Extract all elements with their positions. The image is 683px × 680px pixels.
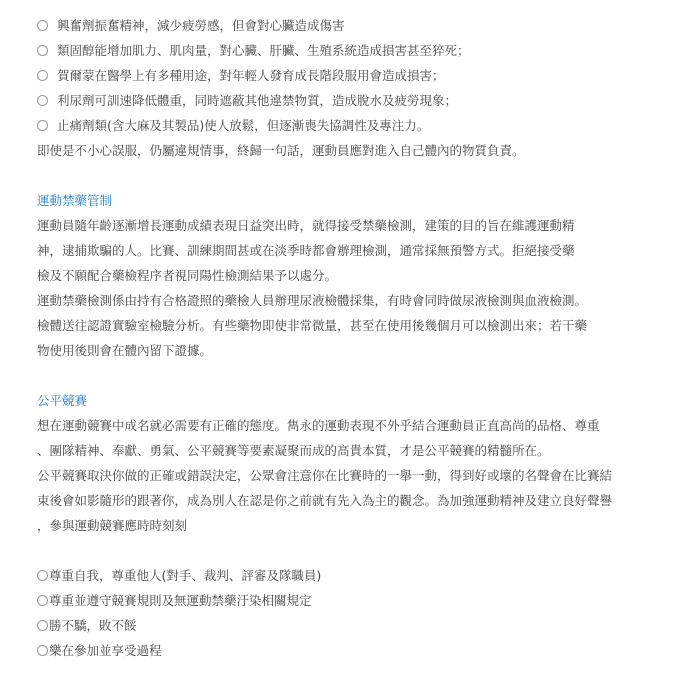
fair-play-paragraph: 想在運動競賽中成名就必需要有正確的態度。雋永的運動表現不外乎結合運動員正直高尚的… bbox=[37, 413, 683, 538]
list-item: 尊重自我，尊重他人(對手、裁判、評審及隊職員) bbox=[37, 563, 683, 588]
fair-play-principles-list: 尊重自我，尊重他人(對手、裁判、評審及隊職員) 尊重並遵守競賽規則及無運動禁藥汙… bbox=[37, 563, 683, 663]
list-item: 尊重並遵守競賽規則及無運動禁藥汙染相關規定 bbox=[37, 588, 683, 613]
list-item-text: 樂在參加並享受過程 bbox=[49, 638, 162, 663]
list-item-text: 類固醇能增加肌力、肌肉量，對心臟、肝臟、生殖系統造成損害甚至猝死； bbox=[57, 38, 470, 63]
list-item-text: 尊重自我，尊重他人(對手、裁判、評審及隊職員) bbox=[49, 563, 321, 588]
list-item-text: 賀爾蒙在醫學上有多種用途，對年輕人發育成長階段服用會造成損害； bbox=[57, 63, 445, 88]
spacer bbox=[37, 163, 683, 188]
list-item: 賀爾蒙在醫學上有多種用途，對年輕人發育成長階段服用會造成損害； bbox=[37, 63, 683, 88]
paragraph-line: 檢體送往認證實驗室檢驗分析。有些藥物即使非常微量，甚至在使用後幾個月可以檢測出來… bbox=[37, 313, 683, 338]
paragraph-line: 運動員隨年齡逐漸增長運動成績表現日益突出時，就得接受禁藥檢測，建策的目的旨在維護… bbox=[37, 213, 683, 238]
list-item: 勝不驕，敗不餒 bbox=[37, 613, 683, 638]
article-content: 興奮劑振奮精神，減少疲勞感，但會對心臟造成傷害 類固醇能增加肌力、肌肉量，對心臟… bbox=[37, 13, 683, 663]
paragraph-line: 檢及不願配合藥檢程序者視同陽性檢測結果予以處分。 bbox=[37, 263, 683, 288]
paragraph-line: 、團隊精神、奉獻、勇氣、公平競賽等要素凝聚而成的高貴本質，才是公平競賽的精髓所在… bbox=[37, 438, 683, 463]
list-item: 興奮劑振奮精神，減少疲勞感，但會對心臟造成傷害 bbox=[37, 13, 683, 38]
paragraph-line: 運動禁藥檢測係由持有合格證照的藥檢人員辦理尿液檢體採集，有時會同時做尿液檢測與血… bbox=[37, 288, 683, 313]
paragraph-line: 神，逮捕欺騙的人。比賽、訓練期間甚或在淡季時都會辦理檢測，通常採無預警方式。拒絕… bbox=[37, 238, 683, 263]
circle-bullet-icon bbox=[37, 595, 48, 606]
list-item: 類固醇能增加肌力、肌肉量，對心臟、肝臟、生殖系統造成損害甚至猝死； bbox=[37, 38, 683, 63]
paragraph-line: ，參與運動競賽應時時刻刻 bbox=[37, 513, 683, 538]
list-item: 樂在參加並享受過程 bbox=[37, 638, 683, 663]
circle-bullet-icon bbox=[37, 570, 48, 581]
section-heading-fair-play: 公平競賽 bbox=[37, 388, 683, 413]
paragraph-line: 想在運動競賽中成名就必需要有正確的態度。雋永的運動表現不外乎結合運動員正直高尚的… bbox=[37, 413, 683, 438]
list-item-text: 止痛劑類(含大麻及其製品)使人放鬆，但逐漸喪失協調性及專注力。 bbox=[57, 113, 429, 138]
circle-bullet-icon bbox=[37, 645, 48, 656]
effects-conclusion: 即使是不小心誤服，仍屬違規情事，終歸一句話，運動員應對進入自己體內的物質負責。 bbox=[37, 138, 683, 163]
list-item-text: 勝不驕，敗不餒 bbox=[49, 613, 137, 638]
paragraph-line: 束後會如影隨形的跟著你，成為別人在認是你之前就有先入為主的觀念。為加強運動精神及… bbox=[37, 488, 683, 513]
drug-effects-list: 興奮劑振奮精神，減少疲勞感，但會對心臟造成傷害 類固醇能增加肌力、肌肉量，對心臟… bbox=[37, 13, 683, 138]
list-item: 利尿劑可訓速降低體重，同時遮蔽其他違禁物質，造成脫水及疲勞現象； bbox=[37, 88, 683, 113]
circle-bullet-icon bbox=[37, 45, 48, 56]
list-item-text: 興奮劑振奮精神，減少疲勞感，但會對心臟造成傷害 bbox=[57, 13, 345, 38]
list-item: 止痛劑類(含大麻及其製品)使人放鬆，但逐漸喪失協調性及專注力。 bbox=[37, 113, 683, 138]
section-heading-doping-control: 運動禁藥管制 bbox=[37, 188, 683, 213]
circle-bullet-icon bbox=[37, 20, 48, 31]
spacer bbox=[37, 363, 683, 388]
doping-control-paragraph: 運動員隨年齡逐漸增長運動成績表現日益突出時，就得接受禁藥檢測，建策的目的旨在維護… bbox=[37, 213, 683, 363]
circle-bullet-icon bbox=[37, 70, 48, 81]
list-item-text: 利尿劑可訓速降低體重，同時遮蔽其他違禁物質，造成脫水及疲勞現象； bbox=[57, 88, 457, 113]
circle-bullet-icon bbox=[37, 95, 48, 106]
paragraph-line: 公平競賽取決你做的正確或錯誤決定，公眾會注意你在比賽時的一舉一動，得到好或壞的名… bbox=[37, 463, 683, 488]
list-item-text: 尊重並遵守競賽規則及無運動禁藥汙染相關規定 bbox=[49, 588, 312, 613]
spacer bbox=[37, 538, 683, 563]
paragraph-line: 物使用後則會在體內留下證據。 bbox=[37, 338, 683, 363]
circle-bullet-icon bbox=[37, 620, 48, 631]
circle-bullet-icon bbox=[37, 120, 48, 131]
